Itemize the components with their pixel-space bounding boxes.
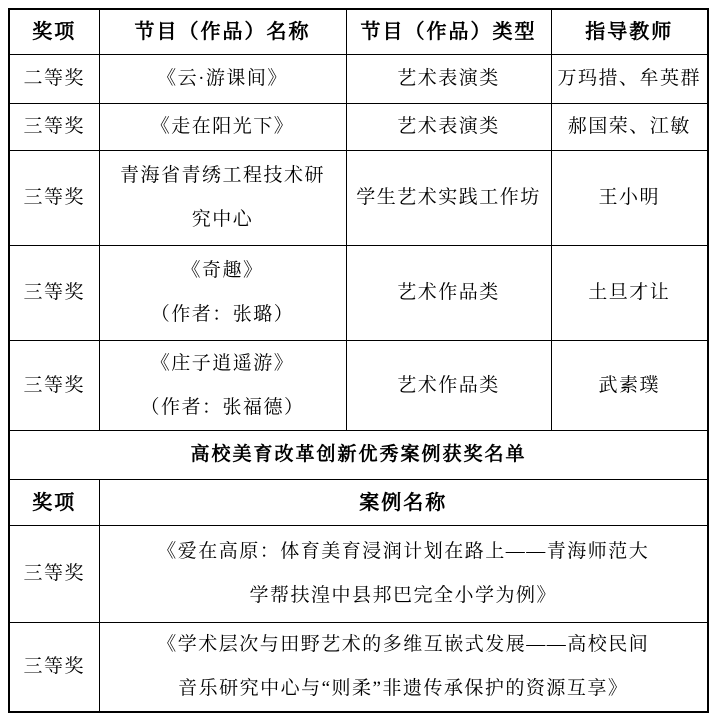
work-type-cell: 艺术表演类 xyxy=(346,104,551,151)
work-name-cell: 《云·游课间》 xyxy=(99,55,346,104)
column-header-teachers: 指导教师 xyxy=(551,9,708,55)
teachers-cell: 王小明 xyxy=(551,151,708,246)
section-title-row: 高校美育改革创新优秀案例获奖名单 xyxy=(9,431,708,480)
work-type-cell: 艺术作品类 xyxy=(346,341,551,431)
work-name-cell: 《奇趣》 （作者：张璐） xyxy=(99,246,346,341)
column-header-award: 奖项 xyxy=(9,480,99,526)
award-cell: 三等奖 xyxy=(9,526,99,623)
column-header-case-name: 案例名称 xyxy=(99,480,708,526)
award-cell: 三等奖 xyxy=(9,104,99,151)
case-name-cell: 《学术层次与田野艺术的多维互嵌式发展——高校民间音乐研究中心与“则柔”非遗传承保… xyxy=(99,623,708,713)
award-cell: 三等奖 xyxy=(9,151,99,246)
teachers-cell: 土旦才让 xyxy=(551,246,708,341)
work-author: （作者：张璐） xyxy=(120,293,326,337)
work-name-cell: 青海省青绣工程技术研究中心 xyxy=(99,151,346,246)
work-type-cell: 艺术作品类 xyxy=(346,246,551,341)
award-cell: 三等奖 xyxy=(9,623,99,713)
work-name-cell: 《走在阳光下》 xyxy=(99,104,346,151)
table-header-row: 奖项 案例名称 xyxy=(9,480,708,526)
work-author: （作者：张福德） xyxy=(120,386,326,430)
table-row: 二等奖 《云·游课间》 艺术表演类 万玛措、牟英群 xyxy=(9,55,708,104)
teachers-cell: 武素璞 xyxy=(551,341,708,431)
award-cell: 二等奖 xyxy=(9,55,99,104)
teachers-cell: 万玛措、牟英群 xyxy=(551,55,708,104)
column-header-award: 奖项 xyxy=(9,9,99,55)
table-header-row: 奖项 节目（作品）名称 节目（作品）类型 指导教师 xyxy=(9,9,708,55)
award-cell: 三等奖 xyxy=(9,246,99,341)
teachers-cell: 郝国荣、江敏 xyxy=(551,104,708,151)
column-header-work-type: 节目（作品）类型 xyxy=(346,9,551,55)
work-type-cell: 艺术表演类 xyxy=(346,55,551,104)
awards-table: 奖项 节目（作品）名称 节目（作品）类型 指导教师 二等奖 《云·游课间》 艺术… xyxy=(8,8,709,713)
table-row: 三等奖 《爱在高原：体育美育浸润计划在路上——青海师范大学帮扶湟中县邦巴完全小学… xyxy=(9,526,708,623)
table-row: 三等奖 《庄子逍遥游》 （作者：张福德） 艺术作品类 武素璞 xyxy=(9,341,708,431)
section-title: 高校美育改革创新优秀案例获奖名单 xyxy=(9,431,708,480)
work-type-cell: 学生艺术实践工作坊 xyxy=(346,151,551,246)
table-row: 三等奖 《走在阳光下》 艺术表演类 郝国荣、江敏 xyxy=(9,104,708,151)
award-cell: 三等奖 xyxy=(9,341,99,431)
table-row: 三等奖 青海省青绣工程技术研究中心 学生艺术实践工作坊 王小明 xyxy=(9,151,708,246)
table-row: 三等奖 《学术层次与田野艺术的多维互嵌式发展——高校民间音乐研究中心与“则柔”非… xyxy=(9,623,708,713)
work-title: 《奇趣》 xyxy=(120,249,326,293)
case-name-cell: 《爱在高原：体育美育浸润计划在路上——青海师范大学帮扶湟中县邦巴完全小学为例》 xyxy=(99,526,708,623)
column-header-work-name: 节目（作品）名称 xyxy=(99,9,346,55)
work-title: 《庄子逍遥游》 xyxy=(120,342,326,386)
work-name-cell: 《庄子逍遥游》 （作者：张福德） xyxy=(99,341,346,431)
document-page: 奖项 节目（作品）名称 节目（作品）类型 指导教师 二等奖 《云·游课间》 艺术… xyxy=(0,0,714,717)
table-row: 三等奖 《奇趣》 （作者：张璐） 艺术作品类 土旦才让 xyxy=(9,246,708,341)
